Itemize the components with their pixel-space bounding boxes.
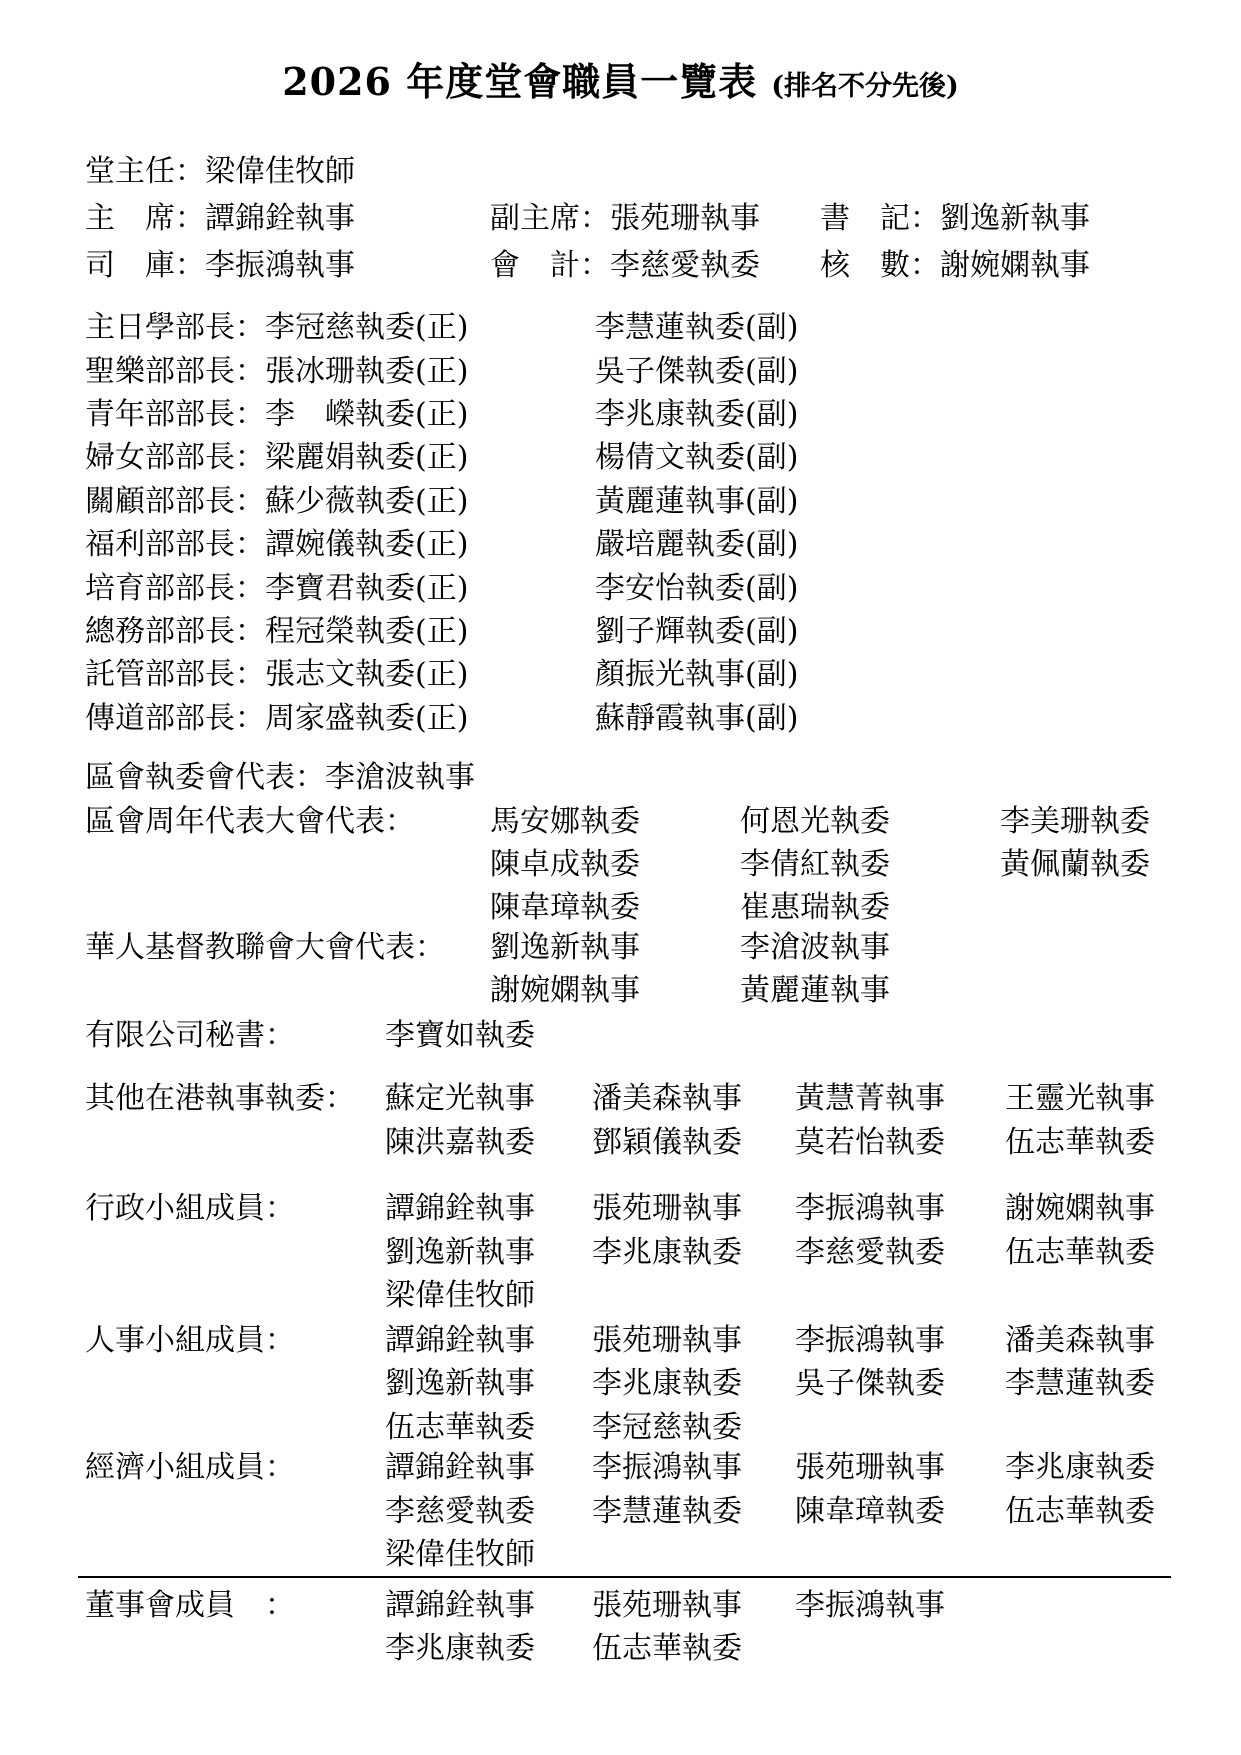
member-name: 伍志華執委 xyxy=(592,1627,742,1670)
member-name: 李寶君執委(正) xyxy=(265,571,468,606)
personnel-group-row: 劉逸新執事 李兆康執委 吳子傑執委 李慧蓮執委 xyxy=(0,1362,1241,1405)
member-name: 李冠慈執委(正) xyxy=(265,310,468,345)
section-label: 區會周年代表大會代表： xyxy=(85,800,415,843)
officers-row-2: 司 庫：李振鴻執事 會 計：李慈愛執委 核 數：謝婉嫻執事 xyxy=(0,244,1241,287)
department-label: 婦女部部長： xyxy=(85,440,265,475)
member-name: 李慧蓮執委 xyxy=(1005,1362,1155,1405)
section-label: 區會執委會代表： xyxy=(85,760,325,795)
member-name: 劉逸新執事 xyxy=(490,926,640,969)
officer-entry: 司 庫：李振鴻執事 xyxy=(85,244,355,287)
officers-row-1: 主 席：譚錦銓執事 副主席：張苑珊執事 書 記：劉逸新執事 xyxy=(0,197,1241,240)
member-name: 陳韋璋執委 xyxy=(490,886,640,929)
member-name: 吳子傑執委(副) xyxy=(595,350,798,393)
pastor-line: 堂主任：梁偉佳牧師 xyxy=(0,150,1241,193)
department-label: 培育部部長： xyxy=(85,571,265,606)
member-name: 王靈光執事 xyxy=(1005,1077,1155,1120)
member-name: 黃慧菁執事 xyxy=(795,1077,945,1120)
member-name: 李安怡執委(副) xyxy=(595,567,798,610)
officer-label: 核 數： xyxy=(820,248,940,283)
member-name: 梁麗娟執委(正) xyxy=(265,440,468,475)
member-name: 鄧穎儀執委 xyxy=(592,1121,742,1164)
member-name: 譚錦銓執事 xyxy=(385,1584,535,1627)
department-row: 婦女部部長：梁麗娟執委(正) 楊倩文執委(副) xyxy=(0,436,1241,479)
member-name: 崔惠瑞執委 xyxy=(740,886,890,929)
member-name: 潘美森執事 xyxy=(592,1077,742,1120)
officer-name: 劉逸新執事 xyxy=(940,201,1090,236)
member-name: 楊倩文執委(副) xyxy=(595,436,798,479)
member-name: 劉逸新執事 xyxy=(385,1362,535,1405)
member-name: 伍志華執委 xyxy=(1005,1231,1155,1274)
officer-label: 主 席： xyxy=(85,201,205,236)
department-primary: 關顧部部長：蘇少薇執委(正) xyxy=(85,480,468,523)
officer-entry: 主 席：譚錦銓執事 xyxy=(85,197,355,240)
admin-group-row: 劉逸新執事 李兆康執委 李慈愛執委 伍志華執委 xyxy=(0,1231,1241,1274)
officer-name: 謝婉嫻執事 xyxy=(940,248,1090,283)
member-name: 陳卓成執委 xyxy=(490,843,640,886)
department-label: 總務部部長： xyxy=(85,614,265,649)
department-primary: 聖樂部部長：張冰珊執委(正) xyxy=(85,350,468,393)
others-row: 其他在港執事執委： 蘇定光執事 潘美森執事 黃慧菁執事 王靈光執事 xyxy=(0,1077,1241,1120)
section-label: 行政小組成員： xyxy=(85,1187,295,1230)
member-name: 李兆康執委 xyxy=(385,1627,535,1670)
personnel-group-row: 人事小組成員： 譚錦銓執事 張苑珊執事 李振鴻執事 潘美森執事 xyxy=(0,1319,1241,1362)
pastor-label: 堂主任： xyxy=(85,154,205,189)
member-name: 李 嶸執委(正) xyxy=(265,397,468,432)
department-primary: 培育部部長：李寶君執委(正) xyxy=(85,567,468,610)
document-page: 2026 年度堂會職員一覽表(排名不分先後) 堂主任：梁偉佳牧師 主 席：譚錦銓… xyxy=(0,0,1241,1755)
admin-group-row: 梁偉佳牧師 xyxy=(0,1274,1241,1317)
officer-name: 李振鴻執事 xyxy=(205,248,355,283)
member-name: 李美珊執委 xyxy=(1000,800,1150,843)
member-name: 李兆康執委(副) xyxy=(595,393,798,436)
member-name: 張苑珊執事 xyxy=(795,1446,945,1489)
officer-entry: 核 數：謝婉嫻執事 xyxy=(820,244,1090,287)
department-label: 關顧部部長： xyxy=(85,484,265,519)
document-title: 2026 年度堂會職員一覽表(排名不分先後) xyxy=(0,50,1241,119)
board-row: 董事會成員 ： 譚錦銓執事 張苑珊執事 李振鴻執事 xyxy=(0,1584,1241,1627)
member-name: 譚婉儀執委(正) xyxy=(265,527,468,562)
member-name: 李振鴻執事 xyxy=(795,1584,945,1627)
finance-group-row: 經濟小組成員： 譚錦銓執事 李振鴻執事 張苑珊執事 李兆康執委 xyxy=(0,1446,1241,1489)
member-name: 蘇定光執事 xyxy=(385,1077,535,1120)
department-label: 青年部部長： xyxy=(85,397,265,432)
district-rep-line: 區會執委會代表：李滄波執事 xyxy=(0,756,1241,799)
department-label: 福利部部長： xyxy=(85,527,265,562)
district-rep-entry: 區會執委會代表：李滄波執事 xyxy=(85,756,475,799)
department-primary: 婦女部部長：梁麗娟執委(正) xyxy=(85,436,468,479)
department-primary: 傳道部部長：周家盛執委(正) xyxy=(85,697,468,740)
title-main: 2026 年度堂會職員一覽表 xyxy=(282,59,757,104)
union-reps-row: 謝婉嫻執事 黃麗蓮執事 xyxy=(0,969,1241,1012)
department-row: 總務部部長：程冠榮執委(正) 劉子輝執委(副) xyxy=(0,610,1241,653)
member-name: 馬安娜執委 xyxy=(490,800,640,843)
union-reps-row: 華人基督教聯會大會代表： 劉逸新執事 李滄波執事 xyxy=(0,926,1241,969)
department-primary: 總務部部長：程冠榮執委(正) xyxy=(85,610,468,653)
member-name: 梁偉佳牧師 xyxy=(385,1274,535,1317)
member-name: 伍志華執委 xyxy=(1005,1490,1155,1533)
member-name: 張志文執委(正) xyxy=(265,657,468,692)
member-name: 李滄波執事 xyxy=(740,926,890,969)
section-label: 華人基督教聯會大會代表： xyxy=(85,926,445,969)
department-row: 培育部部長：李寶君執委(正) 李安怡執委(副) xyxy=(0,567,1241,610)
member-name: 莫若怡執委 xyxy=(795,1121,945,1164)
member-name: 譚錦銓執事 xyxy=(385,1446,535,1489)
member-name: 陳韋璋執委 xyxy=(795,1490,945,1533)
member-name: 伍志華執委 xyxy=(385,1406,535,1449)
admin-group-row: 行政小組成員： 譚錦銓執事 張苑珊執事 李振鴻執事 謝婉嫻執事 xyxy=(0,1187,1241,1230)
officer-name: 張苑珊執事 xyxy=(610,201,760,236)
department-row: 青年部部長：李 嶸執委(正) 李兆康執委(副) xyxy=(0,393,1241,436)
member-name: 顏振光執事(副) xyxy=(595,653,798,696)
member-name: 謝婉嫻執事 xyxy=(490,969,640,1012)
pastor-name: 梁偉佳牧師 xyxy=(205,154,355,189)
member-name: 李兆康執委 xyxy=(592,1231,742,1274)
annual-reps-row: 區會周年代表大會代表： 馬安娜執委 何恩光執委 李美珊執委 xyxy=(0,800,1241,843)
department-row: 託管部部長：張志文執委(正) 顏振光執事(副) xyxy=(0,653,1241,696)
member-name: 李滄波執事 xyxy=(325,760,475,795)
officer-entry: 副主席：張苑珊執事 xyxy=(490,197,760,240)
department-row: 福利部部長：譚婉儀執委(正) 嚴培麗執委(副) xyxy=(0,523,1241,566)
member-name: 李振鴻執事 xyxy=(795,1187,945,1230)
member-name: 張苑珊執事 xyxy=(592,1319,742,1362)
board-row: 李兆康執委 伍志華執委 xyxy=(0,1627,1241,1670)
pastor-entry: 堂主任：梁偉佳牧師 xyxy=(85,150,355,193)
member-name: 何恩光執委 xyxy=(740,800,890,843)
annual-reps-row: 陳卓成執委 李倩紅執委 黃佩蘭執委 xyxy=(0,843,1241,886)
officer-name: 李慈愛執委 xyxy=(610,248,760,283)
member-name: 陳洪嘉執委 xyxy=(385,1121,535,1164)
member-name: 李慧蓮執委(副) xyxy=(595,306,798,349)
member-name: 張苑珊執事 xyxy=(592,1584,742,1627)
section-label: 其他在港執事執委： xyxy=(85,1077,355,1120)
department-primary: 青年部部長：李 嶸執委(正) xyxy=(85,393,468,436)
section-label: 經濟小組成員： xyxy=(85,1446,295,1489)
member-name: 吳子傑執委 xyxy=(795,1362,945,1405)
department-label: 傳道部部長： xyxy=(85,701,265,736)
officer-label: 司 庫： xyxy=(85,248,205,283)
member-name: 梁偉佳牧師 xyxy=(385,1533,535,1576)
member-name: 李冠慈執委 xyxy=(592,1406,742,1449)
department-row: 傳道部部長：周家盛執委(正) 蘇靜霞執事(副) xyxy=(0,697,1241,740)
department-row: 關顧部部長：蘇少薇執委(正) 黃麗蓮執事(副) xyxy=(0,480,1241,523)
member-name: 黃佩蘭執委 xyxy=(1000,843,1150,886)
member-name: 嚴培麗執委(副) xyxy=(595,523,798,566)
officer-label: 書 記： xyxy=(820,201,940,236)
section-label: 有限公司秘書： xyxy=(85,1014,295,1057)
section-label: 人事小組成員： xyxy=(85,1319,295,1362)
member-name: 伍志華執委 xyxy=(1005,1121,1155,1164)
section-label: 董事會成員 ： xyxy=(85,1584,295,1627)
department-label: 主日學部長： xyxy=(85,310,265,345)
member-name: 李振鴻執事 xyxy=(592,1446,742,1489)
officer-label: 副主席： xyxy=(490,201,610,236)
member-name: 周家盛執委(正) xyxy=(265,701,468,736)
member-name: 李寶如執委 xyxy=(385,1014,535,1057)
finance-group-row: 李慈愛執委 李慧蓮執委 陳韋璋執委 伍志華執委 xyxy=(0,1490,1241,1533)
member-name: 李慈愛執委 xyxy=(385,1490,535,1533)
department-label: 託管部部長： xyxy=(85,657,265,692)
member-name: 劉逸新執事 xyxy=(385,1231,535,1274)
member-name: 李慈愛執委 xyxy=(795,1231,945,1274)
department-row: 聖樂部部長：張冰珊執委(正) 吳子傑執委(副) xyxy=(0,350,1241,393)
department-primary: 福利部部長：譚婉儀執委(正) xyxy=(85,523,468,566)
member-name: 張苑珊執事 xyxy=(592,1187,742,1230)
others-row: 陳洪嘉執委 鄧穎儀執委 莫若怡執委 伍志華執委 xyxy=(0,1121,1241,1164)
department-row: 主日學部長：李冠慈執委(正) 李慧蓮執委(副) xyxy=(0,306,1241,349)
member-name: 蘇少薇執委(正) xyxy=(265,484,468,519)
secretary-line: 有限公司秘書： 李寶如執委 xyxy=(0,1014,1241,1057)
member-name: 李兆康執委 xyxy=(592,1362,742,1405)
department-primary: 主日學部長：李冠慈執委(正) xyxy=(85,306,468,349)
title-note: (排名不分先後) xyxy=(771,71,959,102)
member-name: 潘美森執事 xyxy=(1005,1319,1155,1362)
member-name: 蘇靜霞執事(副) xyxy=(595,697,798,740)
personnel-group-row: 伍志華執委 李冠慈執委 xyxy=(0,1406,1241,1449)
member-name: 李振鴻執事 xyxy=(795,1319,945,1362)
officer-label: 會 計： xyxy=(490,248,610,283)
member-name: 黃麗蓮執事 xyxy=(740,969,890,1012)
member-name: 李倩紅執委 xyxy=(740,843,890,886)
member-name: 張冰珊執委(正) xyxy=(265,354,468,389)
member-name: 譚錦銓執事 xyxy=(385,1319,535,1362)
department-label: 聖樂部部長： xyxy=(85,354,265,389)
officer-name: 譚錦銓執事 xyxy=(205,201,355,236)
member-name: 謝婉嫻執事 xyxy=(1005,1187,1155,1230)
member-name: 李兆康執委 xyxy=(1005,1446,1155,1489)
officer-entry: 書 記：劉逸新執事 xyxy=(820,197,1090,240)
department-primary: 託管部部長：張志文執委(正) xyxy=(85,653,468,696)
member-name: 黃麗蓮執事(副) xyxy=(595,480,798,523)
section-divider xyxy=(78,1576,1171,1578)
officer-entry: 會 計：李慈愛執委 xyxy=(490,244,760,287)
finance-group-row: 梁偉佳牧師 xyxy=(0,1533,1241,1576)
annual-reps-row: 陳韋璋執委 崔惠瑞執委 xyxy=(0,886,1241,929)
member-name: 李慧蓮執委 xyxy=(592,1490,742,1533)
member-name: 程冠榮執委(正) xyxy=(265,614,468,649)
member-name: 劉子輝執委(副) xyxy=(595,610,798,653)
member-name: 譚錦銓執事 xyxy=(385,1187,535,1230)
